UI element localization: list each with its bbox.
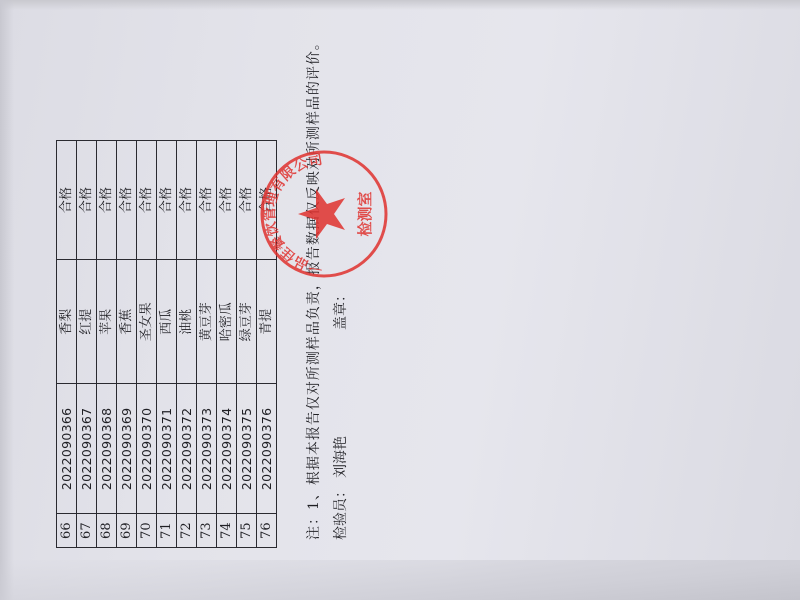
- inspector-label: 检验员：: [333, 484, 349, 540]
- sample-code: 2022090371: [157, 384, 177, 514]
- test-result: 合格: [137, 141, 157, 260]
- row-number: 70: [137, 514, 157, 548]
- sample-name: 绿豆芽: [237, 260, 257, 384]
- test-result: 合格: [217, 141, 237, 260]
- sample-name: 黄豆芽: [197, 260, 217, 384]
- test-result: 合格: [157, 141, 177, 260]
- document-page: 662022090366香梨合格672022090367红提合格68202209…: [0, 0, 800, 600]
- sample-code: 2022090369: [117, 384, 137, 514]
- row-number: 73: [197, 514, 217, 548]
- official-seal: 一品佳餐饮管理有限公司 检测室: [258, 148, 390, 280]
- test-result: 合格: [117, 141, 137, 260]
- sample-name: 香梨: [57, 260, 77, 384]
- sample-code: 2022090374: [217, 384, 237, 514]
- row-number: 75: [237, 514, 257, 548]
- table-row: 722022090372油桃合格: [177, 141, 197, 548]
- table-row: 662022090366香梨合格: [57, 141, 77, 548]
- sample-code: 2022090370: [137, 384, 157, 514]
- sample-name: 香蕉: [117, 260, 137, 384]
- row-number: 76: [257, 514, 277, 548]
- table-row: 742022090374哈密瓜合格: [217, 141, 237, 548]
- table-row: 692022090369香蕉合格: [117, 141, 137, 548]
- table-row: 702022090370圣女果合格: [137, 141, 157, 548]
- sample-code: 2022090373: [197, 384, 217, 514]
- row-number: 67: [77, 514, 97, 548]
- test-result: 合格: [177, 141, 197, 260]
- sample-name: 油桃: [177, 260, 197, 384]
- row-number: 71: [157, 514, 177, 548]
- sample-code: 2022090376: [257, 384, 277, 514]
- seal-label: 盖章：: [330, 288, 350, 330]
- test-result: 合格: [237, 141, 257, 260]
- row-number: 72: [177, 514, 197, 548]
- row-number: 74: [217, 514, 237, 548]
- row-number: 66: [57, 514, 77, 548]
- svg-text:检测室: 检测室: [356, 191, 374, 236]
- table-row: 752022090375绿豆芽合格: [237, 141, 257, 548]
- sample-code: 2022090368: [97, 384, 117, 514]
- sample-code: 2022090372: [177, 384, 197, 514]
- row-number: 69: [117, 514, 137, 548]
- report-note: 注：1、根据本报告仅对所测样品负责，报告数据仅反映对所测样品的评价。: [303, 35, 323, 540]
- inspector-line: 检验员：刘海艳: [330, 436, 350, 540]
- sample-name: 红提: [77, 260, 97, 384]
- test-result: 合格: [77, 141, 97, 260]
- sample-name: 苹果: [97, 260, 117, 384]
- test-result: 合格: [197, 141, 217, 260]
- row-number: 68: [97, 514, 117, 548]
- results-table: 662022090366香梨合格672022090367红提合格68202209…: [56, 140, 277, 548]
- sample-name: 西瓜: [157, 260, 177, 384]
- test-result: 合格: [57, 141, 77, 260]
- table-row: 712022090371西瓜合格: [157, 141, 177, 548]
- table-row: 682022090368苹果合格: [97, 141, 117, 548]
- sample-code: 2022090366: [57, 384, 77, 514]
- sample-code: 2022090375: [237, 384, 257, 514]
- inspector-name: 刘海艳: [333, 436, 349, 478]
- sample-name: 圣女果: [137, 260, 157, 384]
- sample-name: 哈密瓜: [217, 260, 237, 384]
- table-row: 672022090367红提合格: [77, 141, 97, 548]
- table-row: 732022090373黄豆芽合格: [197, 141, 217, 548]
- seal-stamp-icon: 一品佳餐饮管理有限公司 检测室: [258, 148, 390, 280]
- test-result: 合格: [97, 141, 117, 260]
- sample-code: 2022090367: [77, 384, 97, 514]
